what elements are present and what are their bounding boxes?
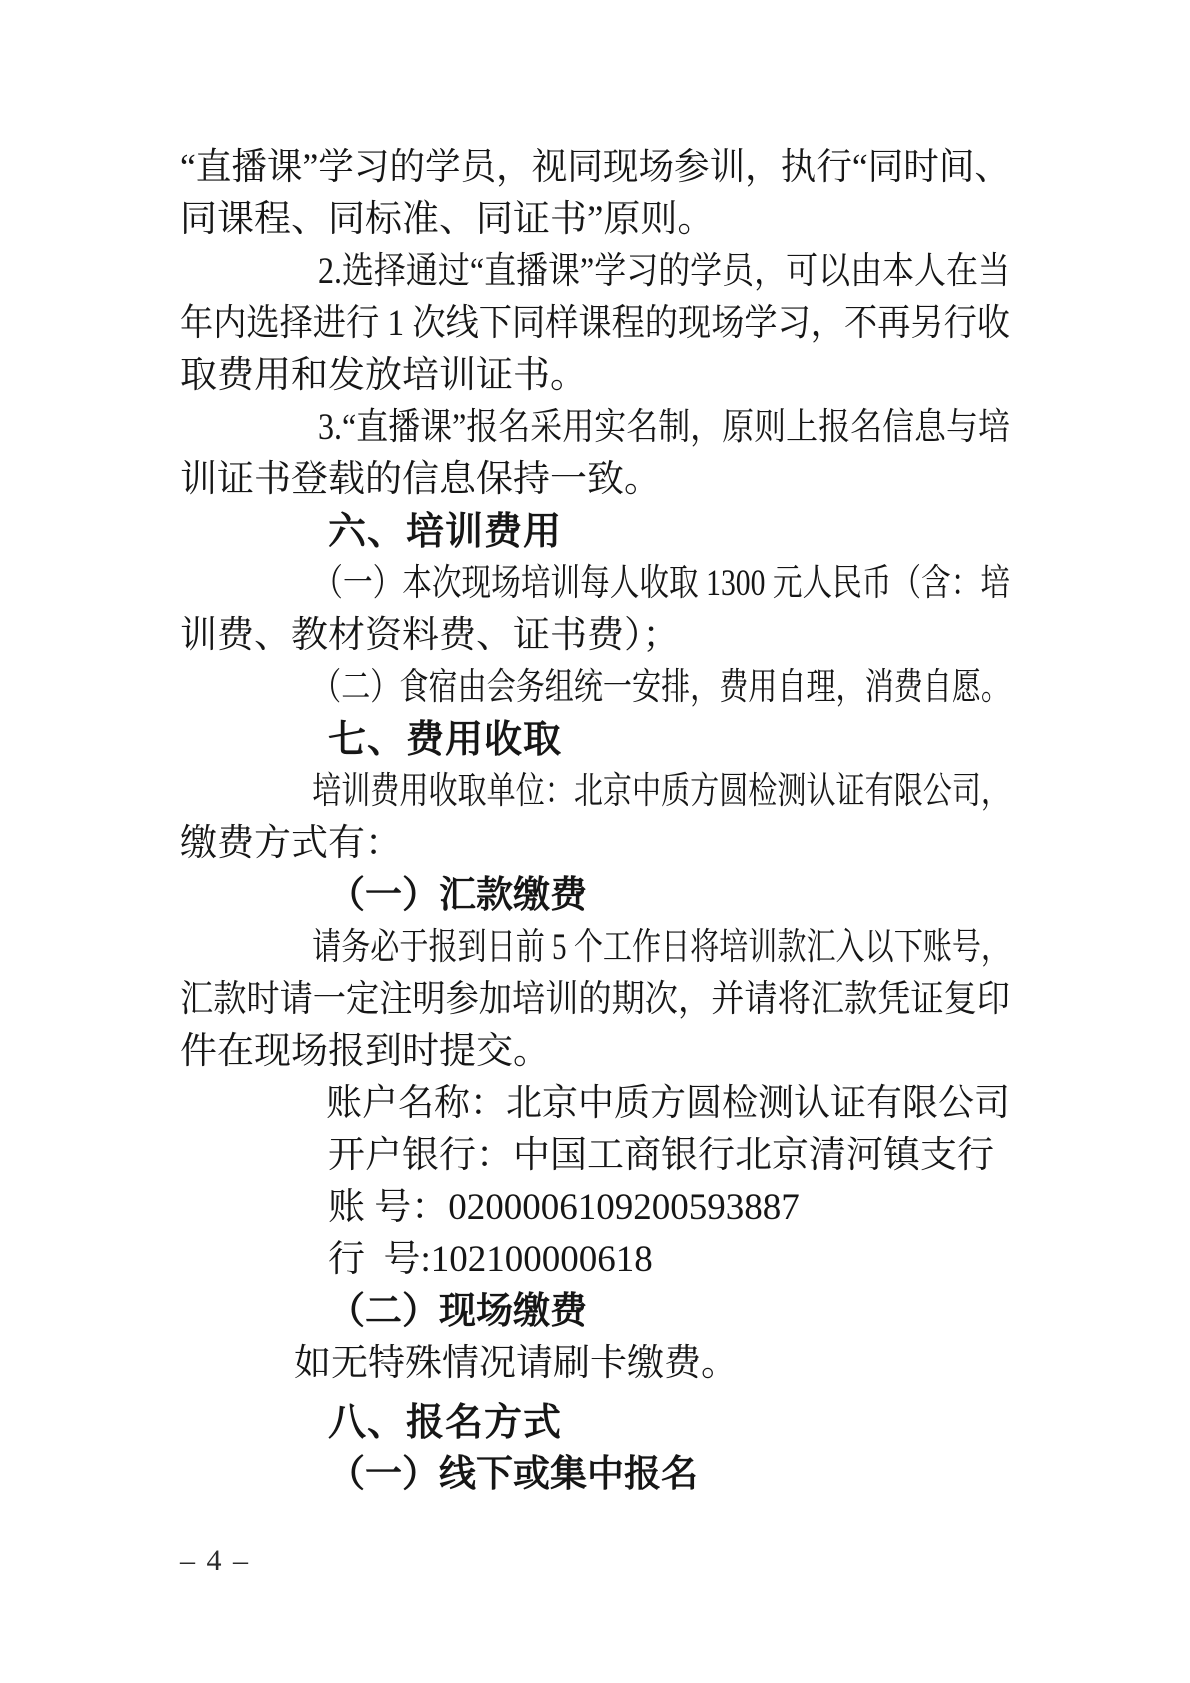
text-line: 取费用和发放培训证书。 <box>180 350 1010 402</box>
text-line-content: （二）现场缴费 <box>254 1286 587 1338</box>
text-line: 六、培训费用 <box>180 506 1010 558</box>
text-line-content: （二）食宿由会务组统一安排，费用自理，消费自愿。 <box>254 662 1010 714</box>
text-line: 八、报名方式 <box>180 1397 1010 1449</box>
text-line: （一）汇款缴费 <box>180 870 1010 922</box>
text-line-content: 请务必于报到日前 5 个工作日将培训款汇入以下账号， <box>254 922 1010 974</box>
text-line-content: 七、费用收取 <box>254 714 562 766</box>
text-line-content: 训证书登载的信息保持一致。 <box>180 454 661 506</box>
text-line-content: “直播课”学习的学员，视同现场参训，执行“同时间、 <box>180 142 1010 194</box>
text-line: 培训费用收取单位：北京中质方圆检测认证有限公司， <box>180 766 1010 818</box>
text-line: （二）现场缴费 <box>180 1286 1010 1338</box>
text-line: 开户银行：中国工商银行北京清河镇支行 <box>180 1130 1010 1182</box>
text-line-content: 汇款时请一定注明参加培训的期次，并请将汇款凭证复印 <box>180 974 1010 1026</box>
text-line: 2.选择通过“直播课”学习的学员，可以由本人在当 <box>180 246 1010 298</box>
text-line-content: 训费、教材资料费、证书费）； <box>180 610 680 662</box>
text-line: 如无特殊情况请刷卡缴费。 <box>180 1338 1010 1390</box>
text-line-content: 账户名称：北京中质方圆检测认证有限公司 <box>254 1078 1010 1130</box>
text-line: （二）食宿由会务组统一安排，费用自理，消费自愿。 <box>180 662 1010 714</box>
text-line: 七、费用收取 <box>180 714 1010 766</box>
text-line: 同课程、同标准、同证书”原则。 <box>180 194 1010 246</box>
text-line-content: 开户银行：中国工商银行北京清河镇支行 <box>254 1130 994 1182</box>
text-block: “直播课”学习的学员，视同现场参训，执行“同时间、同课程、同标准、同证书”原则。… <box>180 142 1010 1501</box>
text-line-content: （一）汇款缴费 <box>254 870 587 922</box>
text-line: 年内选择进行 1 次线下同样课程的现场学习，不再另行收 <box>180 298 1010 350</box>
text-line: 件在现场报到时提交。 <box>180 1026 1010 1078</box>
text-line-content: 件在现场报到时提交。 <box>180 1026 550 1078</box>
text-line: 训证书登载的信息保持一致。 <box>180 454 1010 506</box>
text-line-content: 如无特殊情况请刷卡缴费。 <box>237 1338 738 1390</box>
text-line-content: （一）本次现场培训每人收取 1300 元人民币（含：培 <box>254 558 1010 610</box>
page-number: – 4 – <box>180 1544 250 1578</box>
text-line: 请务必于报到日前 5 个工作日将培训款汇入以下账号， <box>180 922 1010 974</box>
text-line-content: 六、培训费用 <box>254 506 562 558</box>
text-line: 行 号:102100000618 <box>180 1234 1010 1286</box>
document-page: “直播课”学习的学员，视同现场参训，执行“同时间、同课程、同标准、同证书”原则。… <box>0 0 1190 1683</box>
text-line-content: 缴费方式有： <box>180 818 402 870</box>
text-line: 汇款时请一定注明参加培训的期次，并请将汇款凭证复印 <box>180 974 1010 1026</box>
text-line: （一）本次现场培训每人收取 1300 元人民币（含：培 <box>180 558 1010 610</box>
text-line-content: 3.“直播课”报名采用实名制，原则上报名信息与培 <box>254 402 1010 454</box>
text-line: “直播课”学习的学员，视同现场参训，执行“同时间、 <box>180 142 1010 194</box>
text-line: 3.“直播课”报名采用实名制，原则上报名信息与培 <box>180 402 1010 454</box>
text-line: 训费、教材资料费、证书费）； <box>180 610 1010 662</box>
text-line-content: 2.选择通过“直播课”学习的学员，可以由本人在当 <box>254 246 1010 298</box>
text-line-content: 年内选择进行 1 次线下同样课程的现场学习，不再另行收 <box>180 298 1010 350</box>
text-line-content: （一）线下或集中报名 <box>254 1449 698 1501</box>
text-line-content: 同课程、同标准、同证书”原则。 <box>180 194 714 246</box>
text-line: 缴费方式有： <box>180 818 1010 870</box>
text-line: 账户名称：北京中质方圆检测认证有限公司 <box>180 1078 1010 1130</box>
text-line: 账 号：0200006109200593887 <box>180 1182 1010 1234</box>
text-line-content: 培训费用收取单位：北京中质方圆检测认证有限公司， <box>254 766 1010 818</box>
text-line-content: 八、报名方式 <box>254 1397 562 1449</box>
text-line-content: 取费用和发放培训证书。 <box>180 350 587 402</box>
text-line-content: 行 号:102100000618 <box>254 1234 653 1286</box>
text-line: （一）线下或集中报名 <box>180 1449 1010 1501</box>
text-line-content: 账 号：0200006109200593887 <box>254 1182 800 1234</box>
